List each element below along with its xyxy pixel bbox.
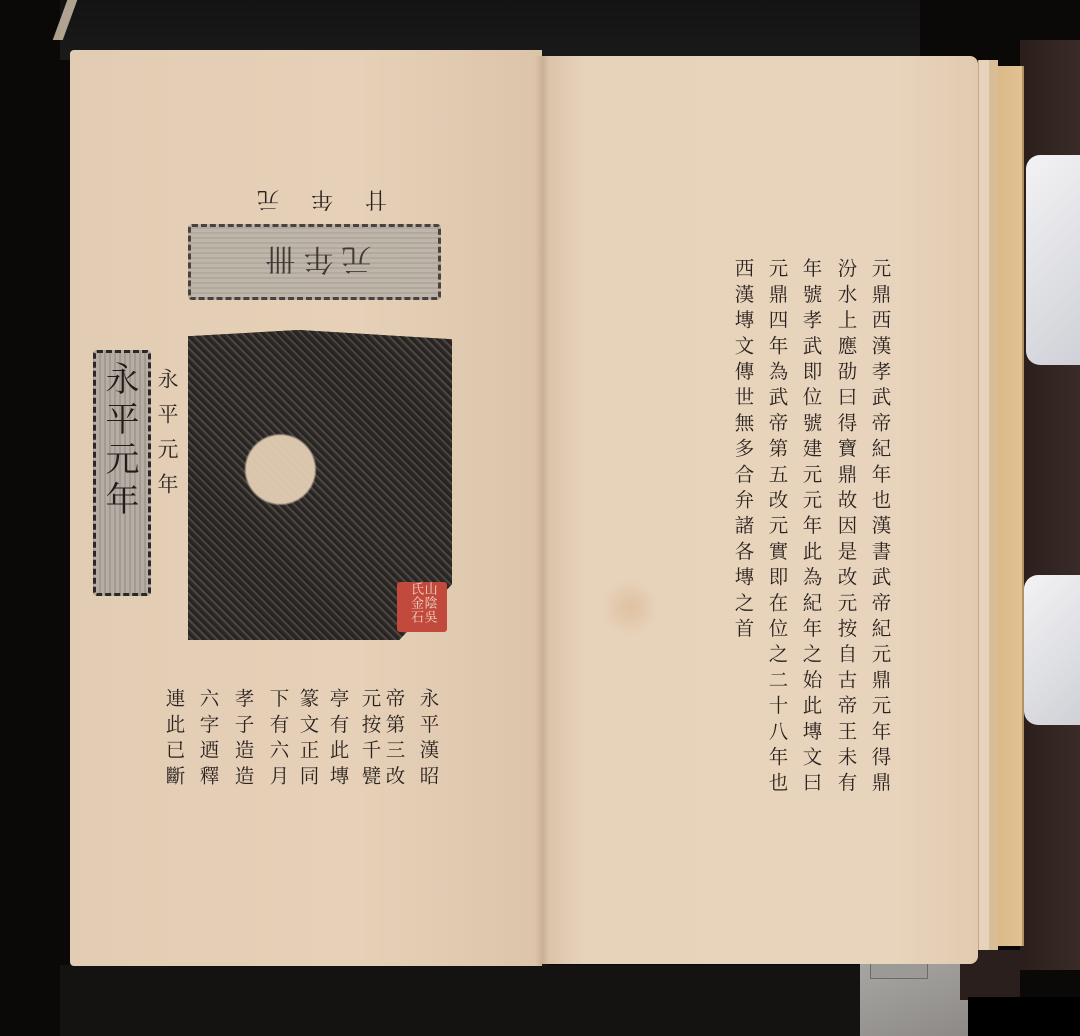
page-stack-edge-inner	[978, 60, 989, 950]
right-page	[542, 56, 978, 964]
black-corner	[968, 997, 1080, 1036]
top-rubbing-label: 廿年元	[225, 185, 387, 216]
seal-text: 山陰吳氏金石	[408, 582, 435, 632]
book-cover-edge	[998, 66, 1024, 946]
table-surface	[60, 965, 980, 1036]
right-text-col-1: 元鼎西漢孝武帝紀年也漢書武帝紀元鼎元年得鼎	[870, 258, 890, 798]
left-annotation-col-3: 元按千甓	[360, 688, 380, 791]
left-annotation-col-8: 六字迺釋	[198, 688, 218, 791]
left-annotation-col-2: 帝第三改	[384, 688, 404, 791]
left-annotation-col-6: 下有六月	[268, 688, 288, 791]
left-annotation-col-7: 孝子造造	[233, 688, 253, 791]
left-annotation-col-1: 永平漢昭	[418, 688, 438, 791]
paper-stain	[600, 580, 660, 635]
left-annotation-col-5: 篆文正同	[298, 688, 318, 791]
page-stack-edge	[988, 60, 998, 950]
right-text-col-2: 汾水上應劭曰得寶鼎故因是改元按自古帝王未有	[836, 258, 856, 798]
top-brick-rubbing: 元年卌	[188, 224, 441, 300]
white-glove-upper	[1026, 155, 1080, 365]
right-text-col-4: 元鼎四年為武帝第五改元實即在位之二十八年也	[767, 258, 787, 798]
left-annotation-col-9: 連此已斷	[164, 688, 184, 791]
white-glove-lower	[1024, 575, 1080, 725]
collector-seal: 山陰吳氏金石	[397, 582, 447, 632]
side-rubbing-label: 永平元年	[152, 368, 182, 508]
top-rubbing-inscription: 元年卌	[191, 227, 438, 297]
right-text-col-3: 年號孝武即位號建元元年此為紀年之始此塼文曰	[801, 258, 821, 798]
left-annotation-col-4: 亭有此塼	[328, 688, 348, 791]
side-rubbing-inscription: 永平元年	[102, 361, 136, 521]
right-text-col-5: 西漢塼文傳世無多合弁諸各塼之首	[733, 258, 753, 644]
book-spine	[535, 56, 549, 966]
side-brick-rubbing: 永平元年	[93, 350, 151, 596]
